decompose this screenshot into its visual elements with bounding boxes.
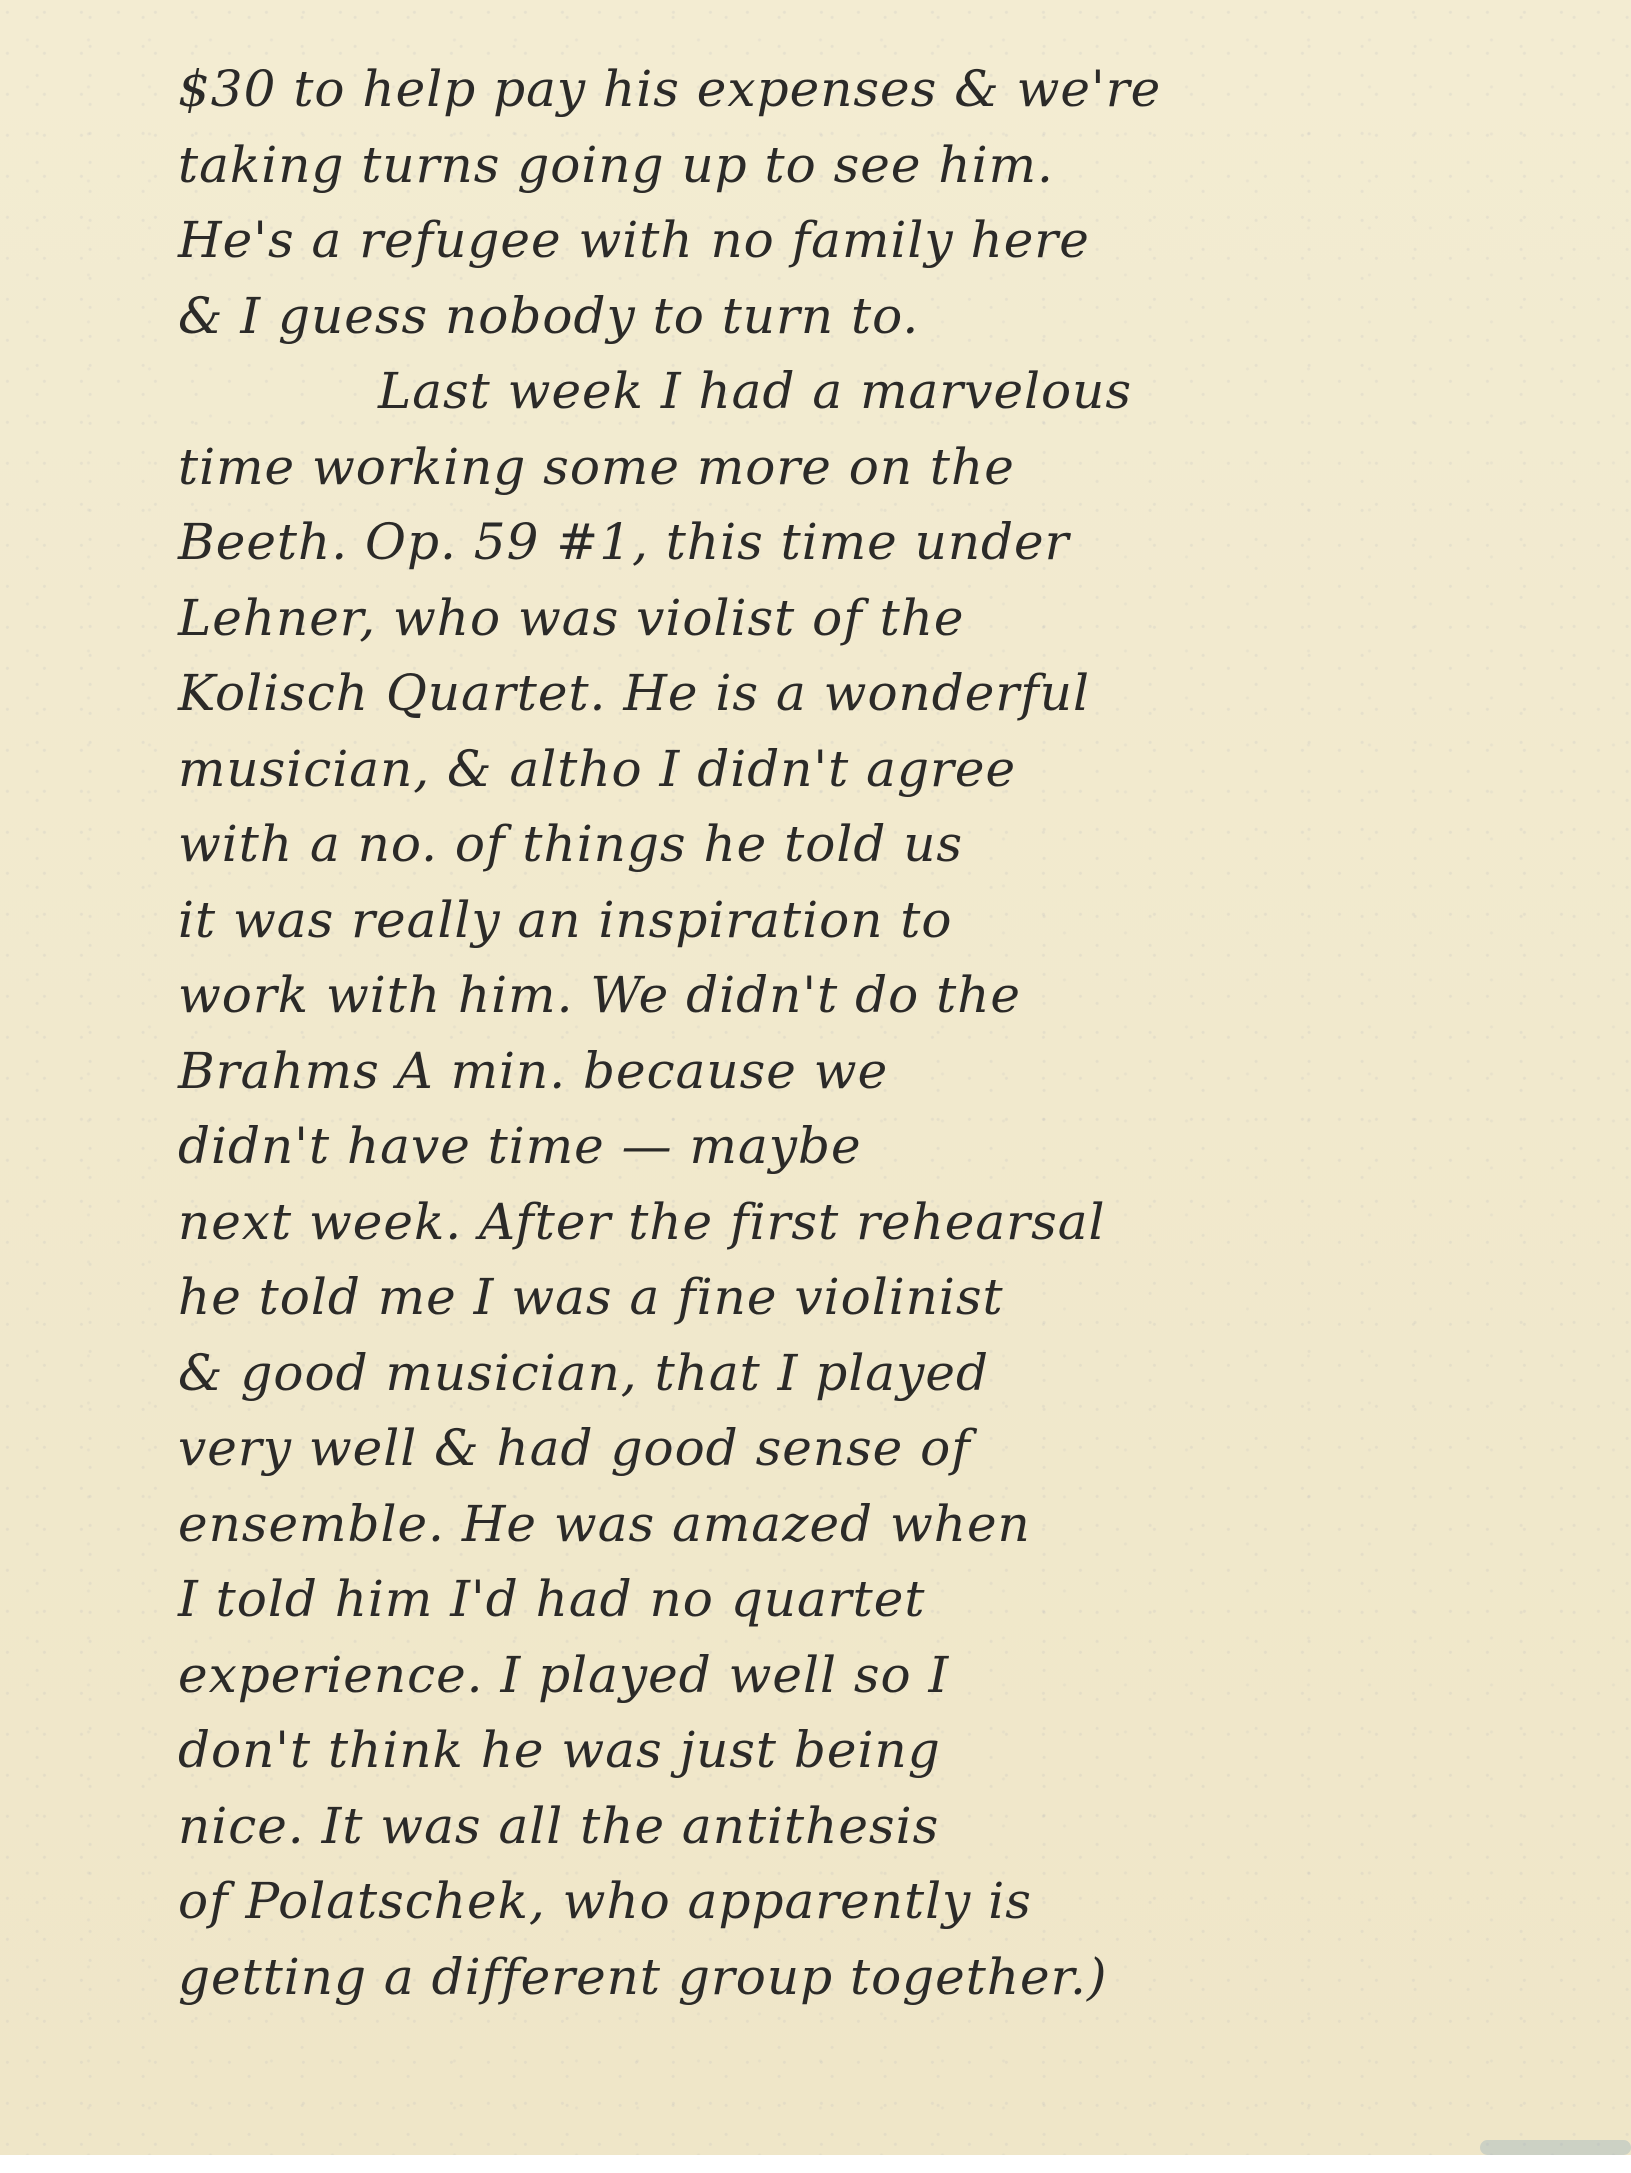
letter-line-26: getting a different group together.) [178, 1940, 1518, 2016]
letter-line-1: $30 to help pay his expenses & we're [178, 52, 1518, 128]
letter-line-10: musician, & altho I didn't agree [178, 732, 1518, 808]
letter-line-11: with a no. of things he told us [178, 807, 1518, 883]
letter-line-24: nice. It was all the antithesis [178, 1789, 1518, 1865]
letter-line-22: experience. I played well so I [178, 1638, 1518, 1714]
letter-line-15: didn't have time — maybe [178, 1109, 1518, 1185]
letter-line-4: & I guess nobody to turn to. [178, 279, 1518, 355]
letter-line-16: next week. After the first rehearsal [178, 1185, 1518, 1261]
letter-line-14: Brahms A min. because we [178, 1034, 1518, 1110]
letter-line-9: Kolisch Quartet. He is a wonderful [178, 656, 1518, 732]
letter-line-12: it was really an inspiration to [178, 883, 1518, 959]
letter-line-21: I told him I'd had no quartet [178, 1562, 1518, 1638]
letter-line-19: very well & had good sense of [178, 1411, 1518, 1487]
letter-line-7: Beeth. Op. 59 #1, this time under [178, 505, 1518, 581]
letter-line-5-paragraph-start: Last week I had a marvelous [178, 354, 1518, 430]
letter-line-3: He's a refugee with no family here [178, 203, 1518, 279]
letter-body: $30 to help pay his expenses & we're tak… [178, 52, 1518, 2015]
letter-line-2: taking turns going up to see him. [178, 128, 1518, 204]
letter-line-20: ensemble. He was amazed when [178, 1487, 1518, 1563]
letter-line-8: Lehner, who was violist of the [178, 581, 1518, 657]
letter-line-13: work with him. We didn't do the [178, 958, 1518, 1034]
paper-stain [1480, 2140, 1631, 2155]
letter-line-23: don't think he was just being [178, 1713, 1518, 1789]
letter-line-25: of Polatschek, who apparently is [178, 1864, 1518, 1940]
letter-line-17: he told me I was a fine violinist [178, 1260, 1518, 1336]
letter-paper: $30 to help pay his expenses & we're tak… [0, 0, 1631, 2155]
letter-line-6: time working some more on the [178, 430, 1518, 506]
letter-line-18: & good musician, that I played [178, 1336, 1518, 1412]
